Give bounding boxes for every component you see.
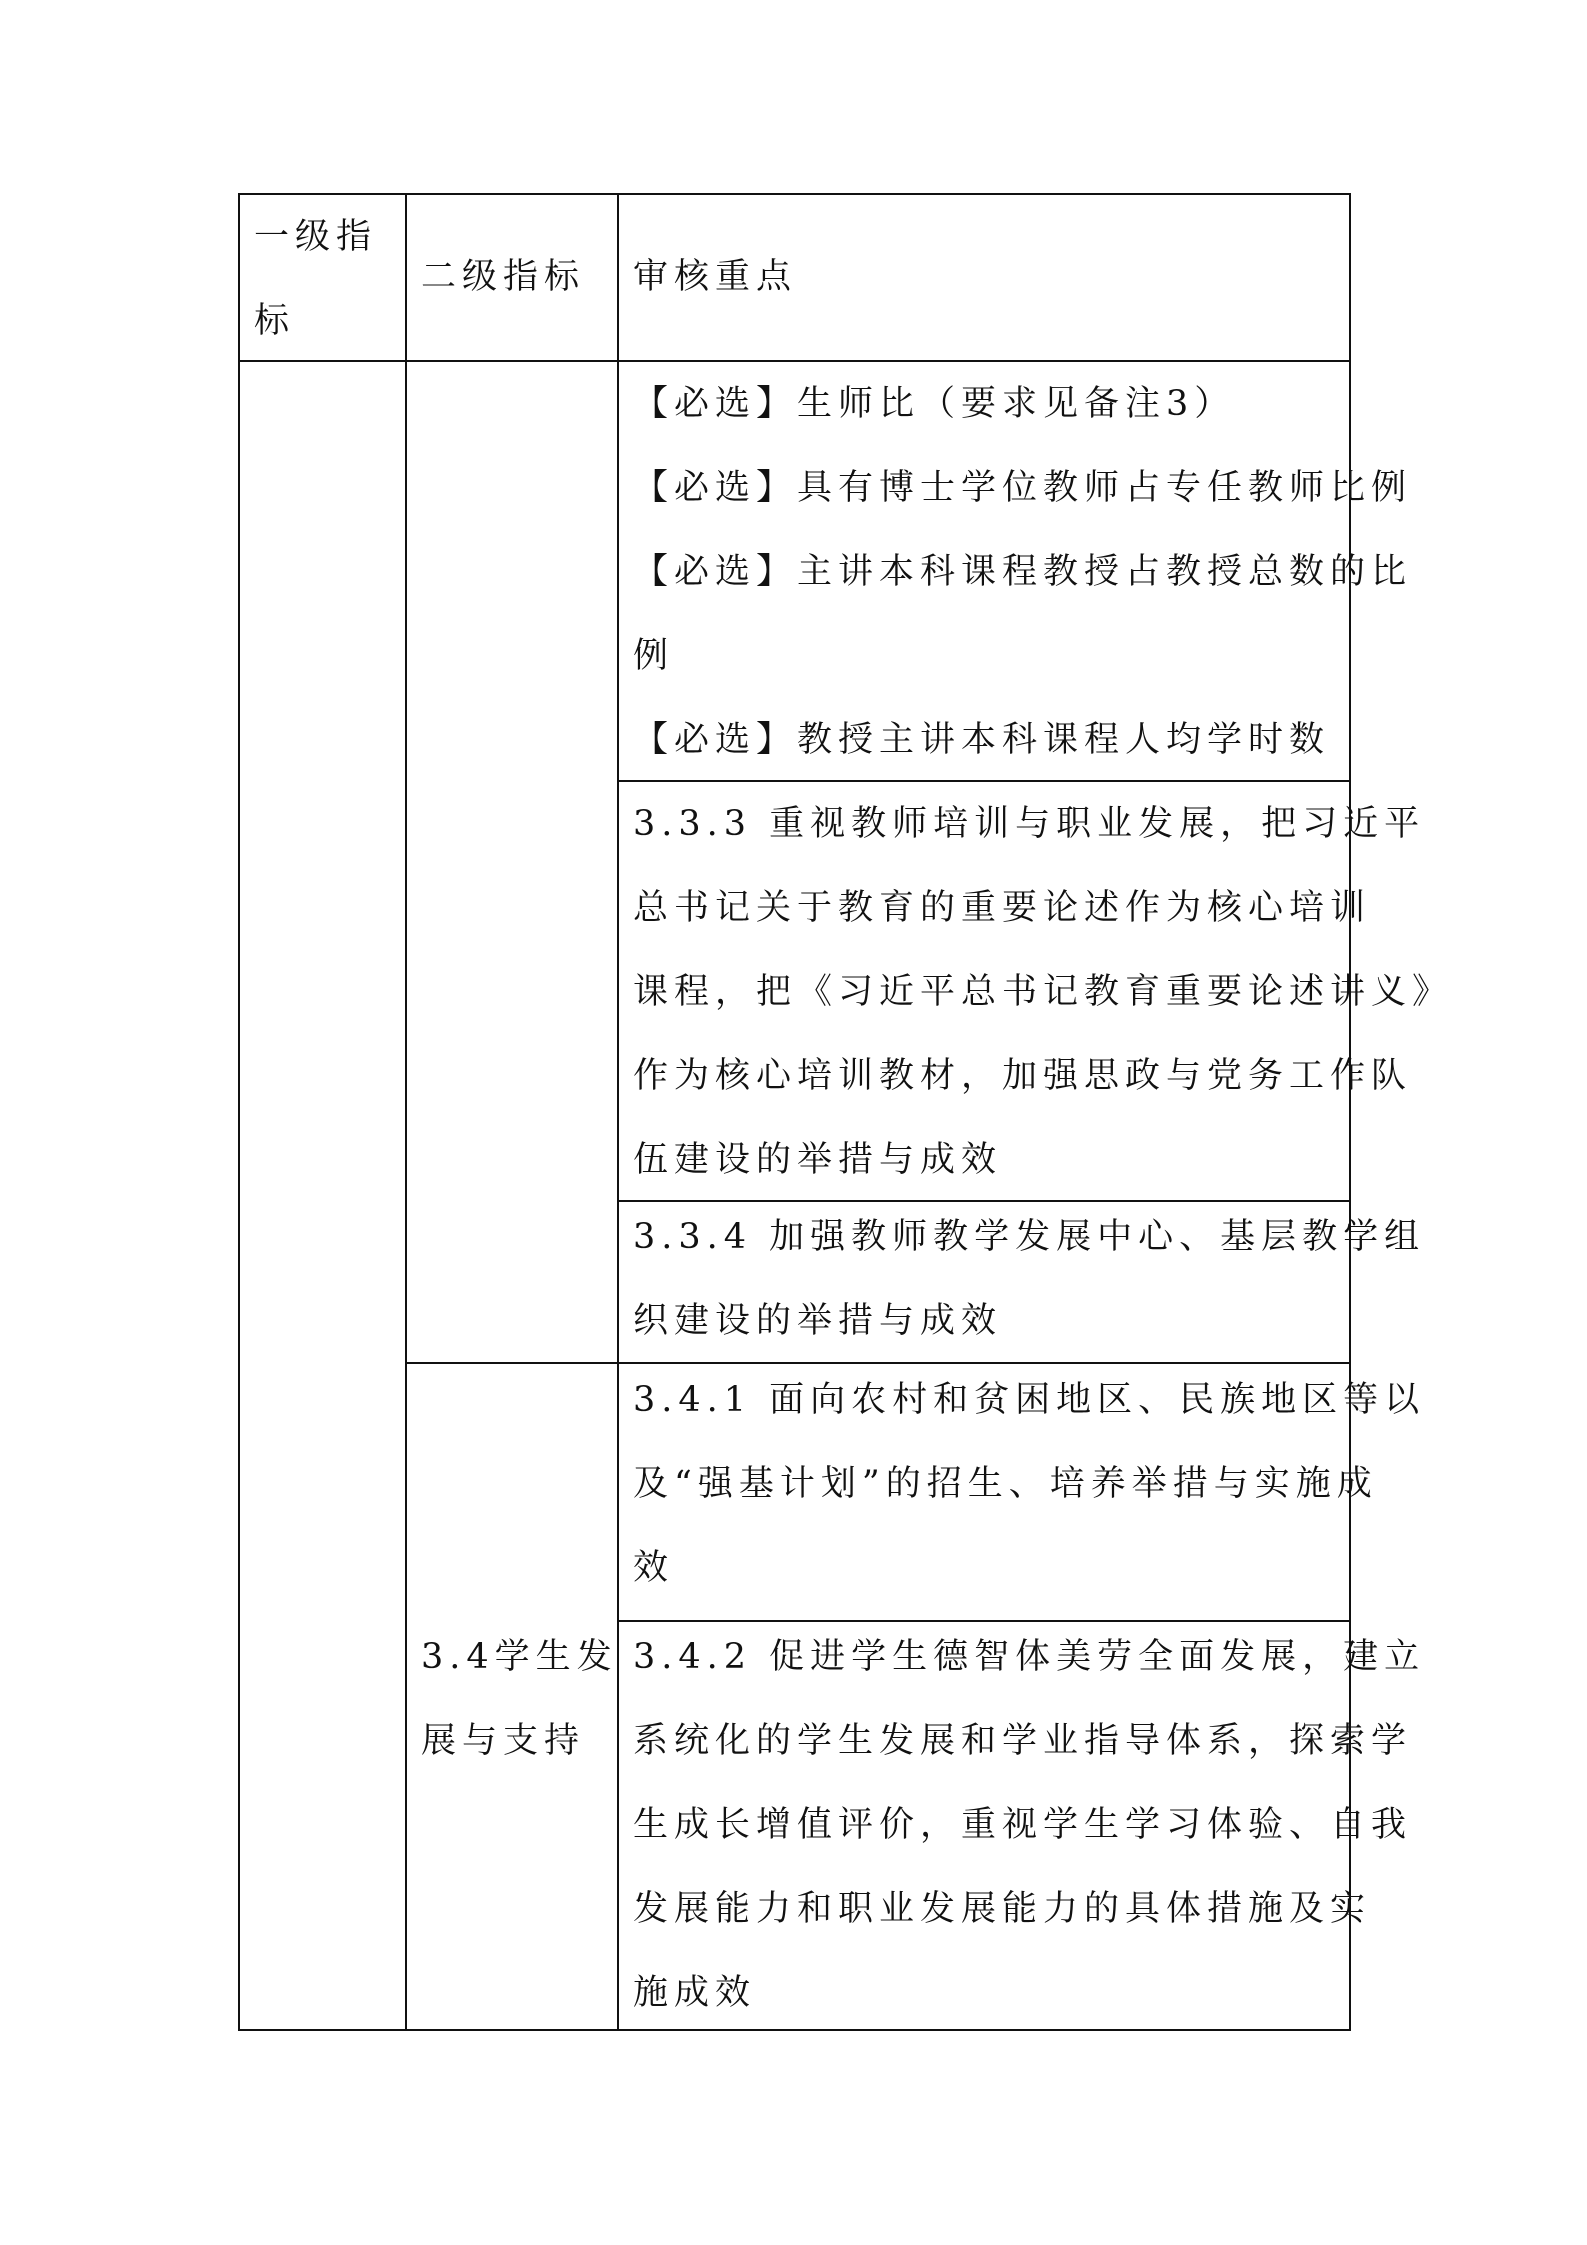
review-cell-3-3-3: 3.3.3 重视教师培训与职业发展，把习近平 总书记关于教育的重要论述作为核心培…	[619, 782, 1351, 1200]
review-table: 一级指 标 二级指标 审核重点 【必选】生师比（要求见备注3） 【必选】具有博士…	[238, 193, 1351, 2031]
review-cell-required-metrics: 【必选】生师比（要求见备注3） 【必选】具有博士学位教师占专任教师比例 【必选】…	[619, 362, 1351, 780]
review-cell-3-4-1: 3.4.1 面向农村和贫困地区、民族地区等以 及“强基计划”的招生、培养举措与实…	[619, 1358, 1351, 1618]
required-item: 例	[633, 614, 1337, 698]
header-review-focus: 审核重点	[619, 235, 1349, 319]
secondary-indicator-3-4: 3.4学生发 展与支持	[407, 1615, 619, 1785]
required-item: 【必选】教授主讲本科课程人均学时数	[633, 698, 1337, 782]
required-item: 【必选】生师比（要求见备注3）	[633, 362, 1337, 446]
required-item: 【必选】主讲本科课程教授占教授总数的比	[633, 530, 1337, 614]
review-cell-3-3-4: 3.3.4 加强教师教学发展中心、基层教学组 织建设的举措与成效	[619, 1195, 1351, 1360]
header-text: 标	[254, 279, 391, 363]
required-item: 【必选】具有博士学位教师占专任教师比例	[633, 446, 1337, 530]
header-level2-indicator: 二级指标	[407, 235, 617, 319]
header-text: 一级指	[254, 195, 391, 279]
header-level1-indicator: 一级指 标	[240, 195, 405, 360]
review-cell-3-4-2: 3.4.2 促进学生德智体美劳全面发展，建立 系统化的学生发展和学业指导体系，探…	[619, 1615, 1351, 2030]
